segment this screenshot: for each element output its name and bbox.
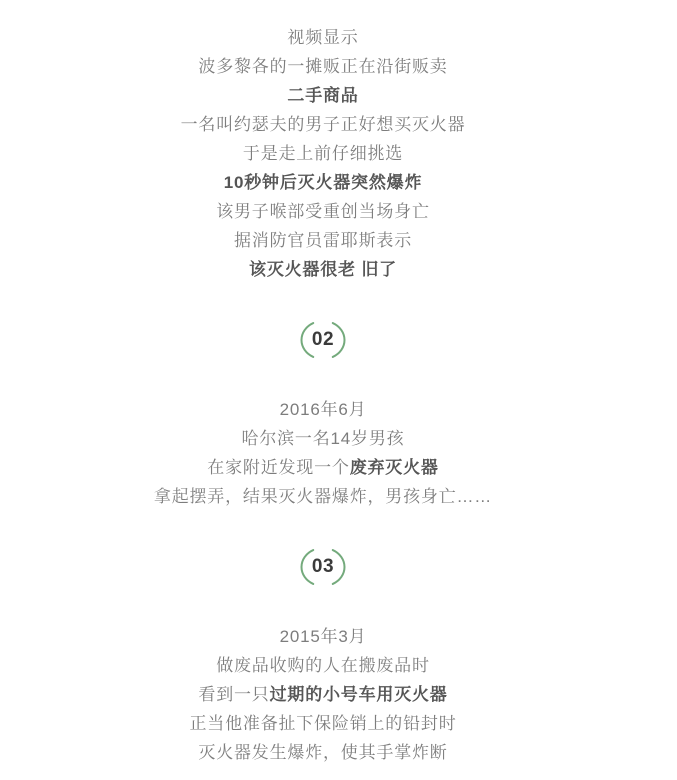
divider-number: 03 bbox=[300, 546, 346, 588]
text-line: 一名叫约瑟夫的男子正好想买灭火器 bbox=[0, 110, 646, 139]
text-line: 该灭火器很老 旧了 bbox=[0, 255, 646, 284]
emphasis-text: 过期的小号车用灭火器 bbox=[270, 685, 448, 704]
body-text: 一名叫约瑟夫的男子正好想买灭火器 bbox=[181, 115, 466, 134]
text-line: 做废品收购的人在搬废品时 bbox=[0, 651, 646, 680]
emphasis-text: 该灭火器很老 旧了 bbox=[249, 260, 397, 279]
body-text: 在家附近发现一个 bbox=[207, 458, 349, 477]
text-line: 正当他准备扯下保险销上的铅封时 bbox=[0, 709, 646, 738]
body-text: 波多黎各的一摊贩正在沿街贩卖 bbox=[198, 57, 447, 76]
body-text: 拿起摆弄，结果灭火器爆炸，男孩身亡…… bbox=[154, 487, 492, 506]
text-line: 拿起摆弄，结果灭火器爆炸，男孩身亡…… bbox=[0, 482, 646, 511]
emphasis-text: 废弃灭火器 bbox=[350, 458, 439, 477]
text-line: 二手商品 bbox=[0, 81, 646, 110]
text-line: 2016年6月 bbox=[0, 395, 646, 424]
section-incident-2: 2016年6月哈尔滨一名14岁男孩在家附近发现一个废弃灭火器拿起摆弄，结果灭火器… bbox=[0, 395, 646, 511]
body-text: 于是走上前仔细挑选 bbox=[243, 144, 403, 163]
body-text: 该男子喉部受重创当场身亡 bbox=[216, 202, 430, 221]
emphasis-text: 二手商品 bbox=[287, 86, 358, 105]
divider-03: 03 bbox=[300, 546, 346, 588]
body-text: 正当他准备扯下保险销上的铅封时 bbox=[190, 714, 457, 733]
text-line: 灭火器发生爆炸，使其手掌炸断 bbox=[0, 738, 646, 767]
text-line: 波多黎各的一摊贩正在沿街贩卖 bbox=[0, 52, 646, 81]
text-line: 哈尔滨一名14岁男孩 bbox=[0, 424, 646, 453]
body-text: 据消防官员雷耶斯表示 bbox=[234, 231, 412, 250]
text-line: 视频显示 bbox=[0, 23, 646, 52]
divider-02: 02 bbox=[300, 319, 346, 361]
text-line: 看到一只过期的小号车用灭火器 bbox=[0, 680, 646, 709]
text-line: 2015年3月 bbox=[0, 622, 646, 651]
emphasis-text: 10秒钟后灭火器突然爆炸 bbox=[224, 173, 423, 192]
text-line: 10秒钟后灭火器突然爆炸 bbox=[0, 168, 646, 197]
body-text: 做废品收购的人在搬废品时 bbox=[216, 656, 430, 675]
body-text: 看到一只 bbox=[198, 685, 269, 704]
section-incident-3: 2015年3月做废品收购的人在搬废品时看到一只过期的小号车用灭火器正当他准备扯下… bbox=[0, 622, 646, 767]
article-body: 视频显示波多黎各的一摊贩正在沿街贩卖二手商品一名叫约瑟夫的男子正好想买灭火器于是… bbox=[0, 0, 646, 767]
section-incident-1: 视频显示波多黎各的一摊贩正在沿街贩卖二手商品一名叫约瑟夫的男子正好想买灭火器于是… bbox=[0, 23, 646, 284]
body-text: 哈尔滨一名14岁男孩 bbox=[242, 429, 405, 448]
divider-number: 02 bbox=[300, 319, 346, 361]
body-text: 2016年6月 bbox=[280, 400, 367, 419]
text-line: 该男子喉部受重创当场身亡 bbox=[0, 197, 646, 226]
text-line: 在家附近发现一个废弃灭火器 bbox=[0, 453, 646, 482]
text-line: 据消防官员雷耶斯表示 bbox=[0, 226, 646, 255]
body-text: 视频显示 bbox=[287, 28, 358, 47]
body-text: 2015年3月 bbox=[280, 627, 367, 646]
body-text: 灭火器发生爆炸，使其手掌炸断 bbox=[198, 743, 447, 762]
text-line: 于是走上前仔细挑选 bbox=[0, 139, 646, 168]
